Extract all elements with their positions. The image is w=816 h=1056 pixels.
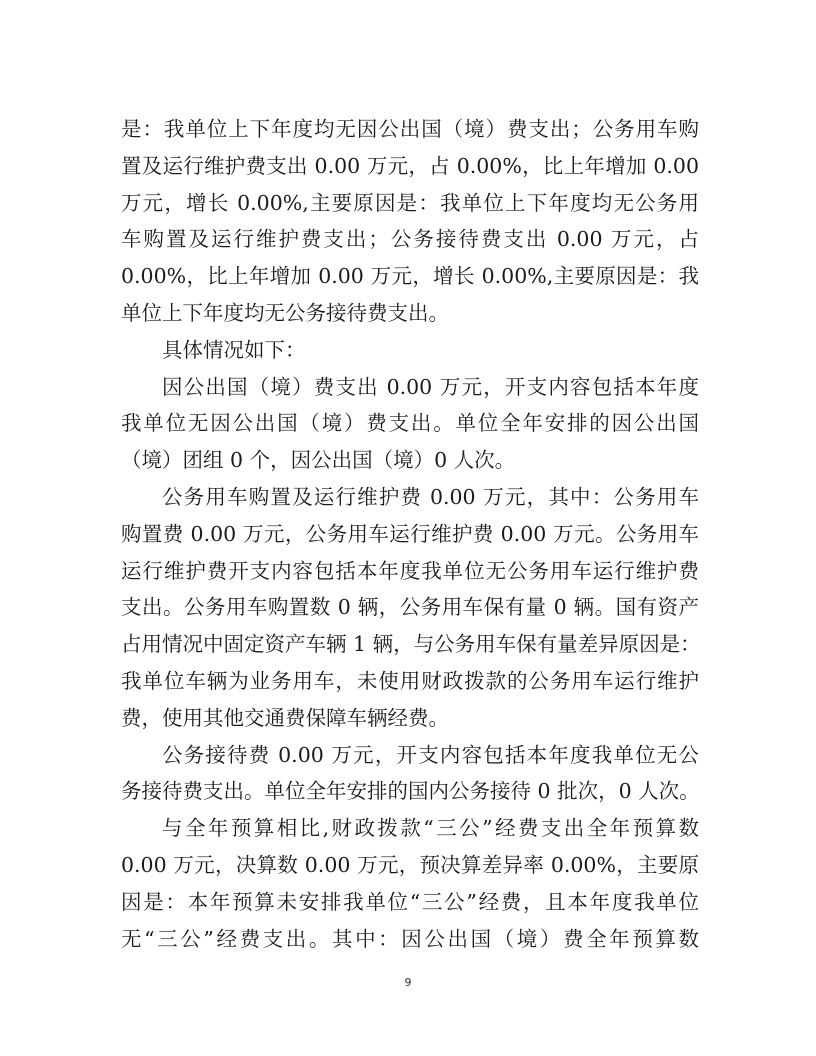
text-line: 置及运行维护费支出 0.00 万元，占 0.00%，比上年增加 0.00 <box>121 148 699 185</box>
text-line: 因是：本年预算未安排我单位“三公”经费，且本年度我单位 <box>121 884 699 921</box>
text-line: 单位上下年度均无公务接待费支出。 <box>121 295 699 332</box>
text-line: 是：我单位上下年度均无因公出国（境）费支出；公务用车购 <box>121 111 699 148</box>
text-line: 务接待费支出。单位全年安排的国内公务接待 0 批次，0 人次。 <box>121 773 699 810</box>
page-number: 9 <box>0 976 816 989</box>
text-line: 与全年预算相比,财政拨款“三公”经费支出全年预算数 <box>121 810 699 847</box>
text-line: 我单位车辆为业务用车，未使用财政拨款的公务用车运行维护 <box>121 663 699 700</box>
document-page: 是：我单位上下年度均无因公出国（境）费支出；公务用车购 置及运行维护费支出 0.… <box>0 0 816 1056</box>
text-line: 0.00 万元，决算数 0.00 万元，预决算差异率 0.00%，主要原 <box>121 847 699 884</box>
text-line: 无“三公”经费支出。其中：因公出国（境）费全年预算数 <box>121 921 699 958</box>
text-line: （境）团组 0 个，因公出国（境）0 人次。 <box>121 442 699 479</box>
text-line: 费，使用其他交通费保障车辆经费。 <box>121 700 699 737</box>
text-line: 公务接待费 0.00 万元，开支内容包括本年度我单位无公 <box>121 737 699 774</box>
text-line: 因公出国（境）费支出 0.00 万元，开支内容包括本年度 <box>121 369 699 406</box>
text-line: 车购置及运行维护费支出；公务接待费支出 0.00 万元，占 <box>121 221 699 258</box>
text-line: 占用情况中固定资产车辆 1 辆，与公务用车保有量差异原因是： <box>121 626 699 663</box>
text-line: 支出。公务用车购置数 0 辆，公务用车保有量 0 辆。国有资产 <box>121 589 699 626</box>
text-line: 我单位无因公出国（境）费支出。单位全年安排的因公出国 <box>121 405 699 442</box>
text-line: 公务用车购置及运行维护费 0.00 万元，其中：公务用车 <box>121 479 699 516</box>
text-line: 运行维护费开支内容包括本年度我单位无公务用车运行维护费 <box>121 553 699 590</box>
text-line: 具体情况如下： <box>121 332 699 369</box>
text-line: 0.00%，比上年增加 0.00 万元，增长 0.00%,主要原因是：我 <box>121 258 699 295</box>
text-line: 万元，增长 0.00%,主要原因是：我单位上下年度均无公务用 <box>121 185 699 222</box>
body-text: 是：我单位上下年度均无因公出国（境）费支出；公务用车购 置及运行维护费支出 0.… <box>121 111 699 957</box>
text-line: 购置费 0.00 万元，公务用车运行维护费 0.00 万元。公务用车 <box>121 516 699 553</box>
